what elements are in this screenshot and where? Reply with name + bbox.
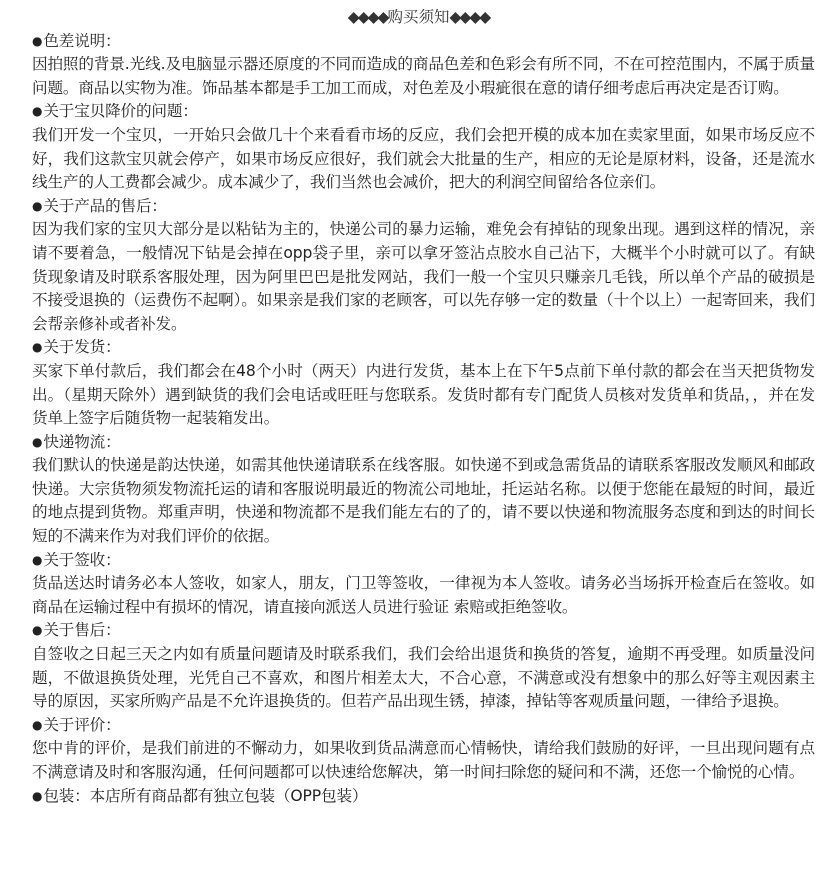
bullet-icon: ● xyxy=(32,104,42,118)
section-body: 货品送达时请务必本人签收，如家人，朋友，门卫等签收，一律视为本人签收。请务必当场… xyxy=(32,572,815,619)
section-heading: 关于产品的售后： xyxy=(43,197,167,215)
diamond-decoration-icon: ◆◆◆◆ xyxy=(348,8,388,26)
section-body: 因拍照的背景.光线.及电脑显示器还原度的不同而造成的商品色差和色彩会有所不同，不… xyxy=(32,53,815,100)
diamond-decoration-icon: ◆◆◆◆ xyxy=(450,8,490,26)
section-heading: 关于宝贝降价的问题： xyxy=(43,102,197,120)
section-courier-logistics: ●快递物流： 我们默认的快递是韵达快递，如需其他快递请联系在线客服。如快递不到或… xyxy=(32,431,815,549)
section-heading: 快递物流： xyxy=(43,433,120,451)
section-signing: ●关于签收： 货品送达时请务必本人签收，如家人，朋友，门卫等签收，一律视为本人签… xyxy=(32,549,815,620)
section-body: 我们开发一个宝贝，一开始只会做几十个来看看市场的反应，我们会把开模的成本加在卖家… xyxy=(32,124,815,195)
bullet-icon: ● xyxy=(32,435,42,449)
bullet-icon: ● xyxy=(32,718,42,732)
section-shipping: ●关于发货： 买家下单付款后，我们都会在48个小时（两天）内进行发货，基本上在下… xyxy=(32,336,815,430)
section-price-reduction: ●关于宝贝降价的问题： 我们开发一个宝贝，一开始只会做几十个来看看市场的反应，我… xyxy=(32,100,815,194)
bullet-icon: ● xyxy=(32,623,42,637)
section-body: 您中肯的评价，是我们前进的不懈动力，如果收到货品满意而心情畅快，请给我们鼓励的好… xyxy=(32,737,815,784)
bullet-icon: ● xyxy=(32,199,42,213)
section-body: 我们默认的快递是韵达快递，如需其他快递请联系在线客服。如快递不到或急需货品的请联… xyxy=(32,454,815,548)
section-body: 因为我们家的宝贝大部分是以粘钻为主的，快递公司的暴力运输，难免会有掉钻的现象出现… xyxy=(32,218,815,336)
bullet-icon: ● xyxy=(32,553,42,567)
section-heading: 关于签收： xyxy=(43,551,120,569)
bullet-icon: ● xyxy=(32,789,42,803)
section-packaging: ●包装：本店所有商品都有独立包装（OPP包装） xyxy=(32,785,815,809)
title-text: 购买须知 xyxy=(387,8,449,26)
section-color-difference: ●色差说明： 因拍照的背景.光线.及电脑显示器还原度的不同而造成的商品色差和色彩… xyxy=(32,30,815,101)
section-product-after-sales: ●关于产品的售后： 因为我们家的宝贝大部分是以粘钻为主的，快递公司的暴力运输，难… xyxy=(32,195,815,337)
purchase-notice-document: ◆◆◆◆购买须知◆◆◆◆ ●色差说明： 因拍照的背景.光线.及电脑显示器还原度的… xyxy=(0,0,837,808)
section-body: 买家下单付款后，我们都会在48个小时（两天）内进行发货，基本上在下午5点前下单付… xyxy=(32,360,815,431)
section-body: 自签收之日起三天之内如有质量问题请及时联系我们，我们会给出退货和换货的答复，逾期… xyxy=(32,643,815,714)
bullet-icon: ● xyxy=(32,340,42,354)
section-heading: 关于售后： xyxy=(43,621,120,639)
section-heading: 色差说明： xyxy=(43,32,120,50)
section-heading: 包装：本店所有商品都有独立包装（OPP包装） xyxy=(43,787,367,805)
section-after-sales: ●关于售后： 自签收之日起三天之内如有质量问题请及时联系我们，我们会给出退货和换… xyxy=(32,619,815,713)
section-reviews: ●关于评价： 您中肯的评价，是我们前进的不懈动力，如果收到货品满意而心情畅快，请… xyxy=(32,714,815,785)
bullet-icon: ● xyxy=(32,34,42,48)
section-heading: 关于评价： xyxy=(43,716,120,734)
section-heading: 关于发货： xyxy=(43,338,120,356)
page-title: ◆◆◆◆购买须知◆◆◆◆ xyxy=(22,6,815,30)
